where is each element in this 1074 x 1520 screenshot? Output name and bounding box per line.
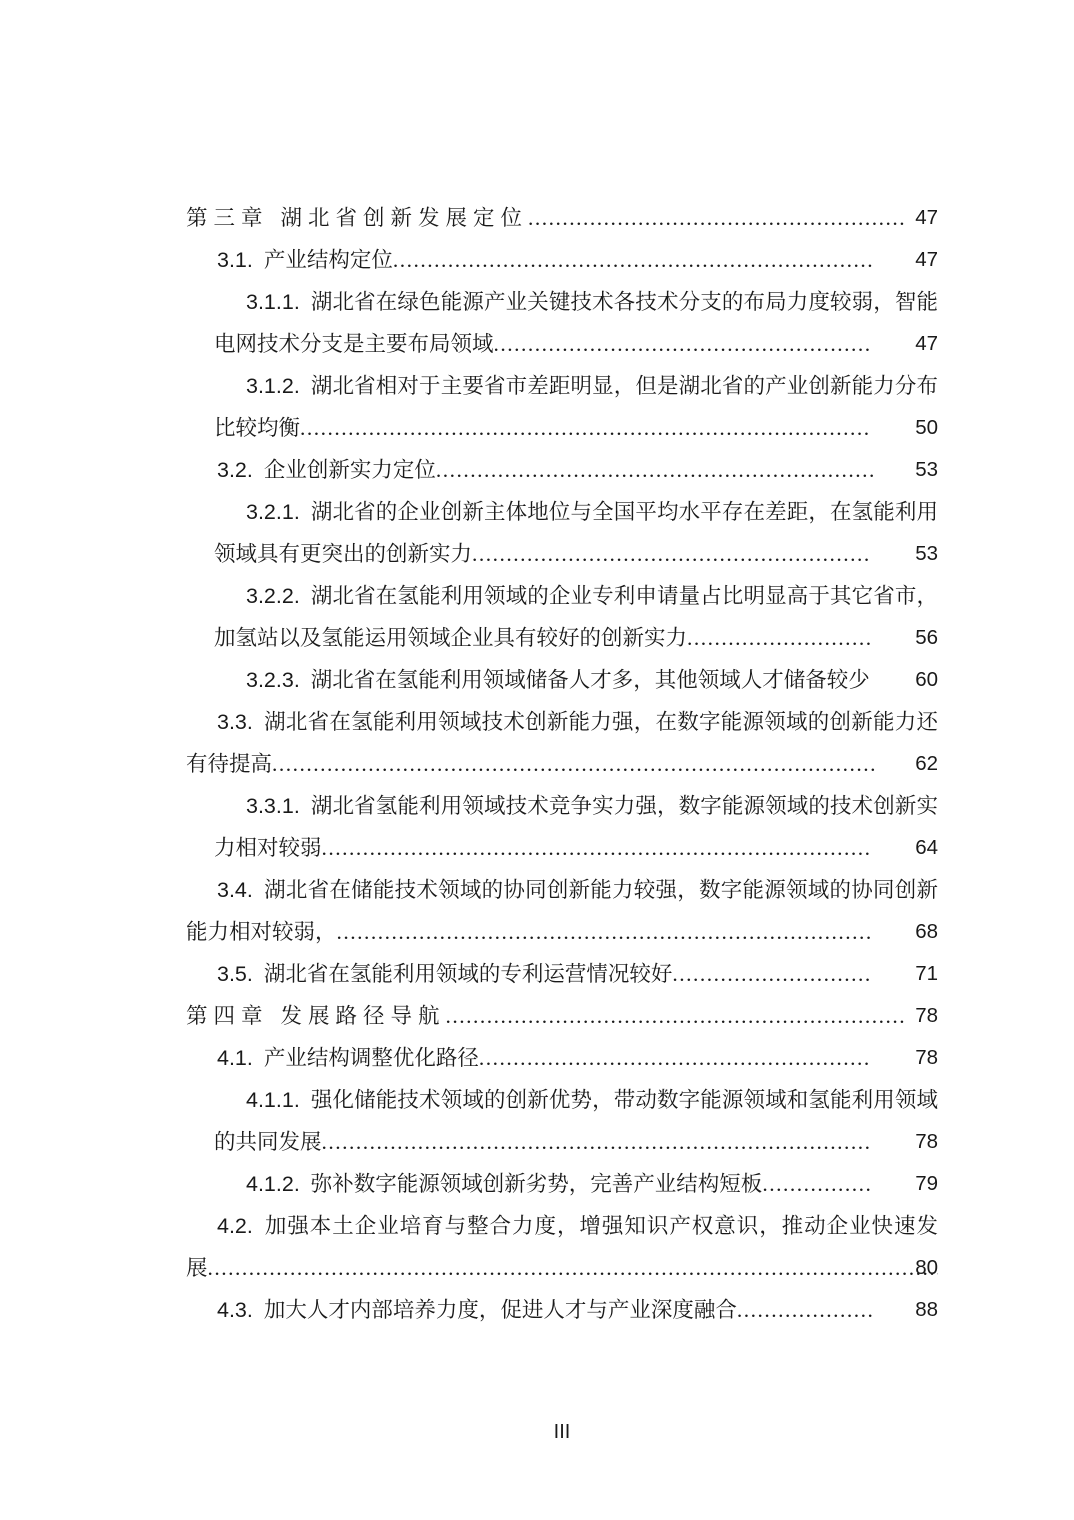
toc-entry-3-4[interactable]: 3.4.湖北省在储能技术领域的协同创新能力较强，数字能源领域的协同创新能力相对较…	[186, 869, 938, 953]
dot-leader: ........................................…	[337, 920, 873, 944]
toc-entry-3-2-2[interactable]: 3.2.2.湖北省在氢能利用领域的企业专利申请量占比明显高于其它省市，加氢站以及…	[214, 575, 938, 659]
toc-entry-title: 湖北省在氢能利用领域储备人才多，其他领域人才储备较少	[311, 668, 870, 692]
toc-entry-title: 产业结构调整优化路径	[264, 1046, 479, 1070]
toc-entry-3-1-1[interactable]: 3.1.1.湖北省在绿色能源产业关键技术各技术分支的布局力度较弱，智能电网技术分…	[214, 281, 938, 365]
dot-leader: ........................................…	[436, 458, 876, 482]
dot-leader: ........................................…	[300, 416, 871, 440]
toc-entry-number: 4.2.	[217, 1214, 253, 1238]
toc-page-number: 47	[908, 197, 938, 239]
toc-page-number: 53	[877, 449, 938, 491]
table-of-contents: 第三章湖北省创新发展定位47..........................…	[186, 197, 938, 1331]
dot-leader: ........................................…	[494, 332, 872, 356]
toc-entry-title: 湖北省在氢能利用领域的专利运营情况较好	[264, 962, 673, 986]
toc-entry-3-3-1[interactable]: 3.3.1.湖北省氢能利用领域技术竞争实力强，数字能源领域的技术创新实力相对较弱…	[214, 785, 938, 869]
dot-leader: ....................	[737, 1298, 875, 1322]
toc-entry-3-1-2[interactable]: 3.1.2.湖北省相对于主要省市差距明显，但是湖北省的产业创新能力分布比较均衡5…	[214, 365, 938, 449]
toc-entry-3-2-1[interactable]: 3.2.1.湖北省的企业创新主体地位与全国平均水平存在差距，在氢能利用领域具有更…	[214, 491, 938, 575]
toc-page-number: 47	[876, 323, 938, 365]
toc-entry-number: 3.3.1.	[246, 794, 300, 818]
toc-entry-4-3[interactable]: 4.3.加大人才内部培养力度，促进人才与产业深度融合88............…	[186, 1289, 938, 1331]
toc-page-number: 47	[877, 239, 938, 281]
dot-leader: ........................................…	[393, 248, 874, 272]
toc-page-number: 78	[876, 1121, 938, 1163]
toc-entry-number: 3.4.	[217, 878, 253, 902]
toc-entry-number: 3.1.1.	[246, 290, 300, 314]
dot-leader: ........................................…	[528, 206, 906, 230]
toc-entry-number: 4.3.	[217, 1298, 253, 1322]
toc-entry-number: 3.2.	[217, 458, 253, 482]
toc-page-number: 62	[877, 743, 938, 785]
toc-page-number: 79	[876, 1163, 938, 1205]
dot-leader: ................	[762, 1172, 872, 1196]
dot-leader: ........................................…	[208, 1256, 938, 1280]
dot-leader: ........................................…	[446, 1004, 907, 1028]
toc-entry-4-2[interactable]: 4.2.加强本土企业培育与整合力度，增强知识产权意识，推动企业快速发展80...…	[186, 1205, 938, 1289]
toc-entry-number: 第三章	[186, 206, 269, 230]
toc-entry-3-3[interactable]: 3.3.湖北省在氢能利用领域技术创新能力强，在数字能源领域的创新能力还有待提高6…	[186, 701, 938, 785]
toc-entry-4-1-2[interactable]: 4.1.2.弥补数字能源领域创新劣势，完善产业结构短板79...........…	[214, 1163, 938, 1205]
toc-entry-4-1-1[interactable]: 4.1.1.强化储能技术领域的创新优势，带动数字能源领域和氢能利用领域的共同发展…	[214, 1079, 938, 1163]
toc-page-number: 71	[877, 953, 938, 995]
toc-entry-number: 3.2.1.	[246, 500, 300, 524]
toc-entry-3-2[interactable]: 3.2.企业创新实力定位53..........................…	[186, 449, 938, 491]
toc-page-number: 50	[876, 407, 938, 449]
toc-page-number: 53	[876, 533, 938, 575]
toc-page-number: 78	[877, 1037, 938, 1079]
dot-leader: ........................................…	[472, 542, 871, 566]
toc-entry-title: 产业结构定位	[264, 248, 393, 272]
toc-entry-number: 3.2.2.	[246, 584, 300, 608]
dot-leader: .............................	[672, 962, 871, 986]
toc-entry-number: 4.1.1.	[246, 1088, 300, 1112]
toc-page-number: 60	[876, 659, 938, 701]
toc-page-number: 88	[877, 1289, 938, 1331]
footer-page-number: III	[186, 1421, 938, 1443]
toc-entry-title: 企业创新实力定位	[264, 458, 436, 482]
toc-page-number: 78	[908, 995, 938, 1037]
toc-entry-number: 3.1.	[217, 248, 253, 272]
dot-leader: ...........................	[687, 626, 873, 650]
toc-entry-number: 4.1.	[217, 1046, 253, 1070]
toc-entry-3-1[interactable]: 3.1.产业结构定位47............................…	[186, 239, 938, 281]
toc-page-number: 68	[877, 911, 938, 953]
toc-entry-3-2-3[interactable]: 3.2.3.湖北省在氢能利用领域储备人才多，其他领域人才储备较少60	[214, 659, 938, 701]
toc-entry-number: 3.5.	[217, 962, 253, 986]
toc-entry-title: 湖北省创新发展定位	[281, 206, 529, 230]
toc-entry-number: 3.2.3.	[246, 668, 300, 692]
toc-entry-chapter-3[interactable]: 第三章湖北省创新发展定位47..........................…	[186, 197, 938, 239]
toc-entry-chapter-4[interactable]: 第四章发展路径导航78.............................…	[186, 995, 938, 1037]
dot-leader: ........................................…	[479, 1046, 871, 1070]
toc-page-number: 64	[876, 827, 938, 869]
toc-entry-3-5[interactable]: 3.5.湖北省在氢能利用领域的专利运营情况较好71...............…	[186, 953, 938, 995]
toc-entry-title: 加大人才内部培养力度，促进人才与产业深度融合	[264, 1298, 737, 1322]
toc-entry-4-1[interactable]: 4.1.产业结构调整优化路径78........................…	[186, 1037, 938, 1079]
toc-entry-number: 3.1.2.	[246, 374, 300, 398]
document-page: 第三章湖北省创新发展定位47..........................…	[0, 0, 1074, 1520]
dot-leader: ........................................…	[322, 836, 872, 860]
toc-entry-number: 第四章	[186, 1004, 269, 1028]
toc-entry-title: 弥补数字能源领域创新劣势，完善产业结构短板	[311, 1172, 763, 1196]
dot-leader: ........................................…	[322, 1130, 872, 1154]
toc-entry-title: 发展路径导航	[281, 1004, 446, 1028]
dot-leader: ........................................…	[272, 752, 877, 776]
toc-entry-number: 4.1.2.	[246, 1172, 300, 1196]
toc-entry-number: 3.3.	[217, 710, 253, 734]
toc-page-number: 56	[876, 617, 938, 659]
